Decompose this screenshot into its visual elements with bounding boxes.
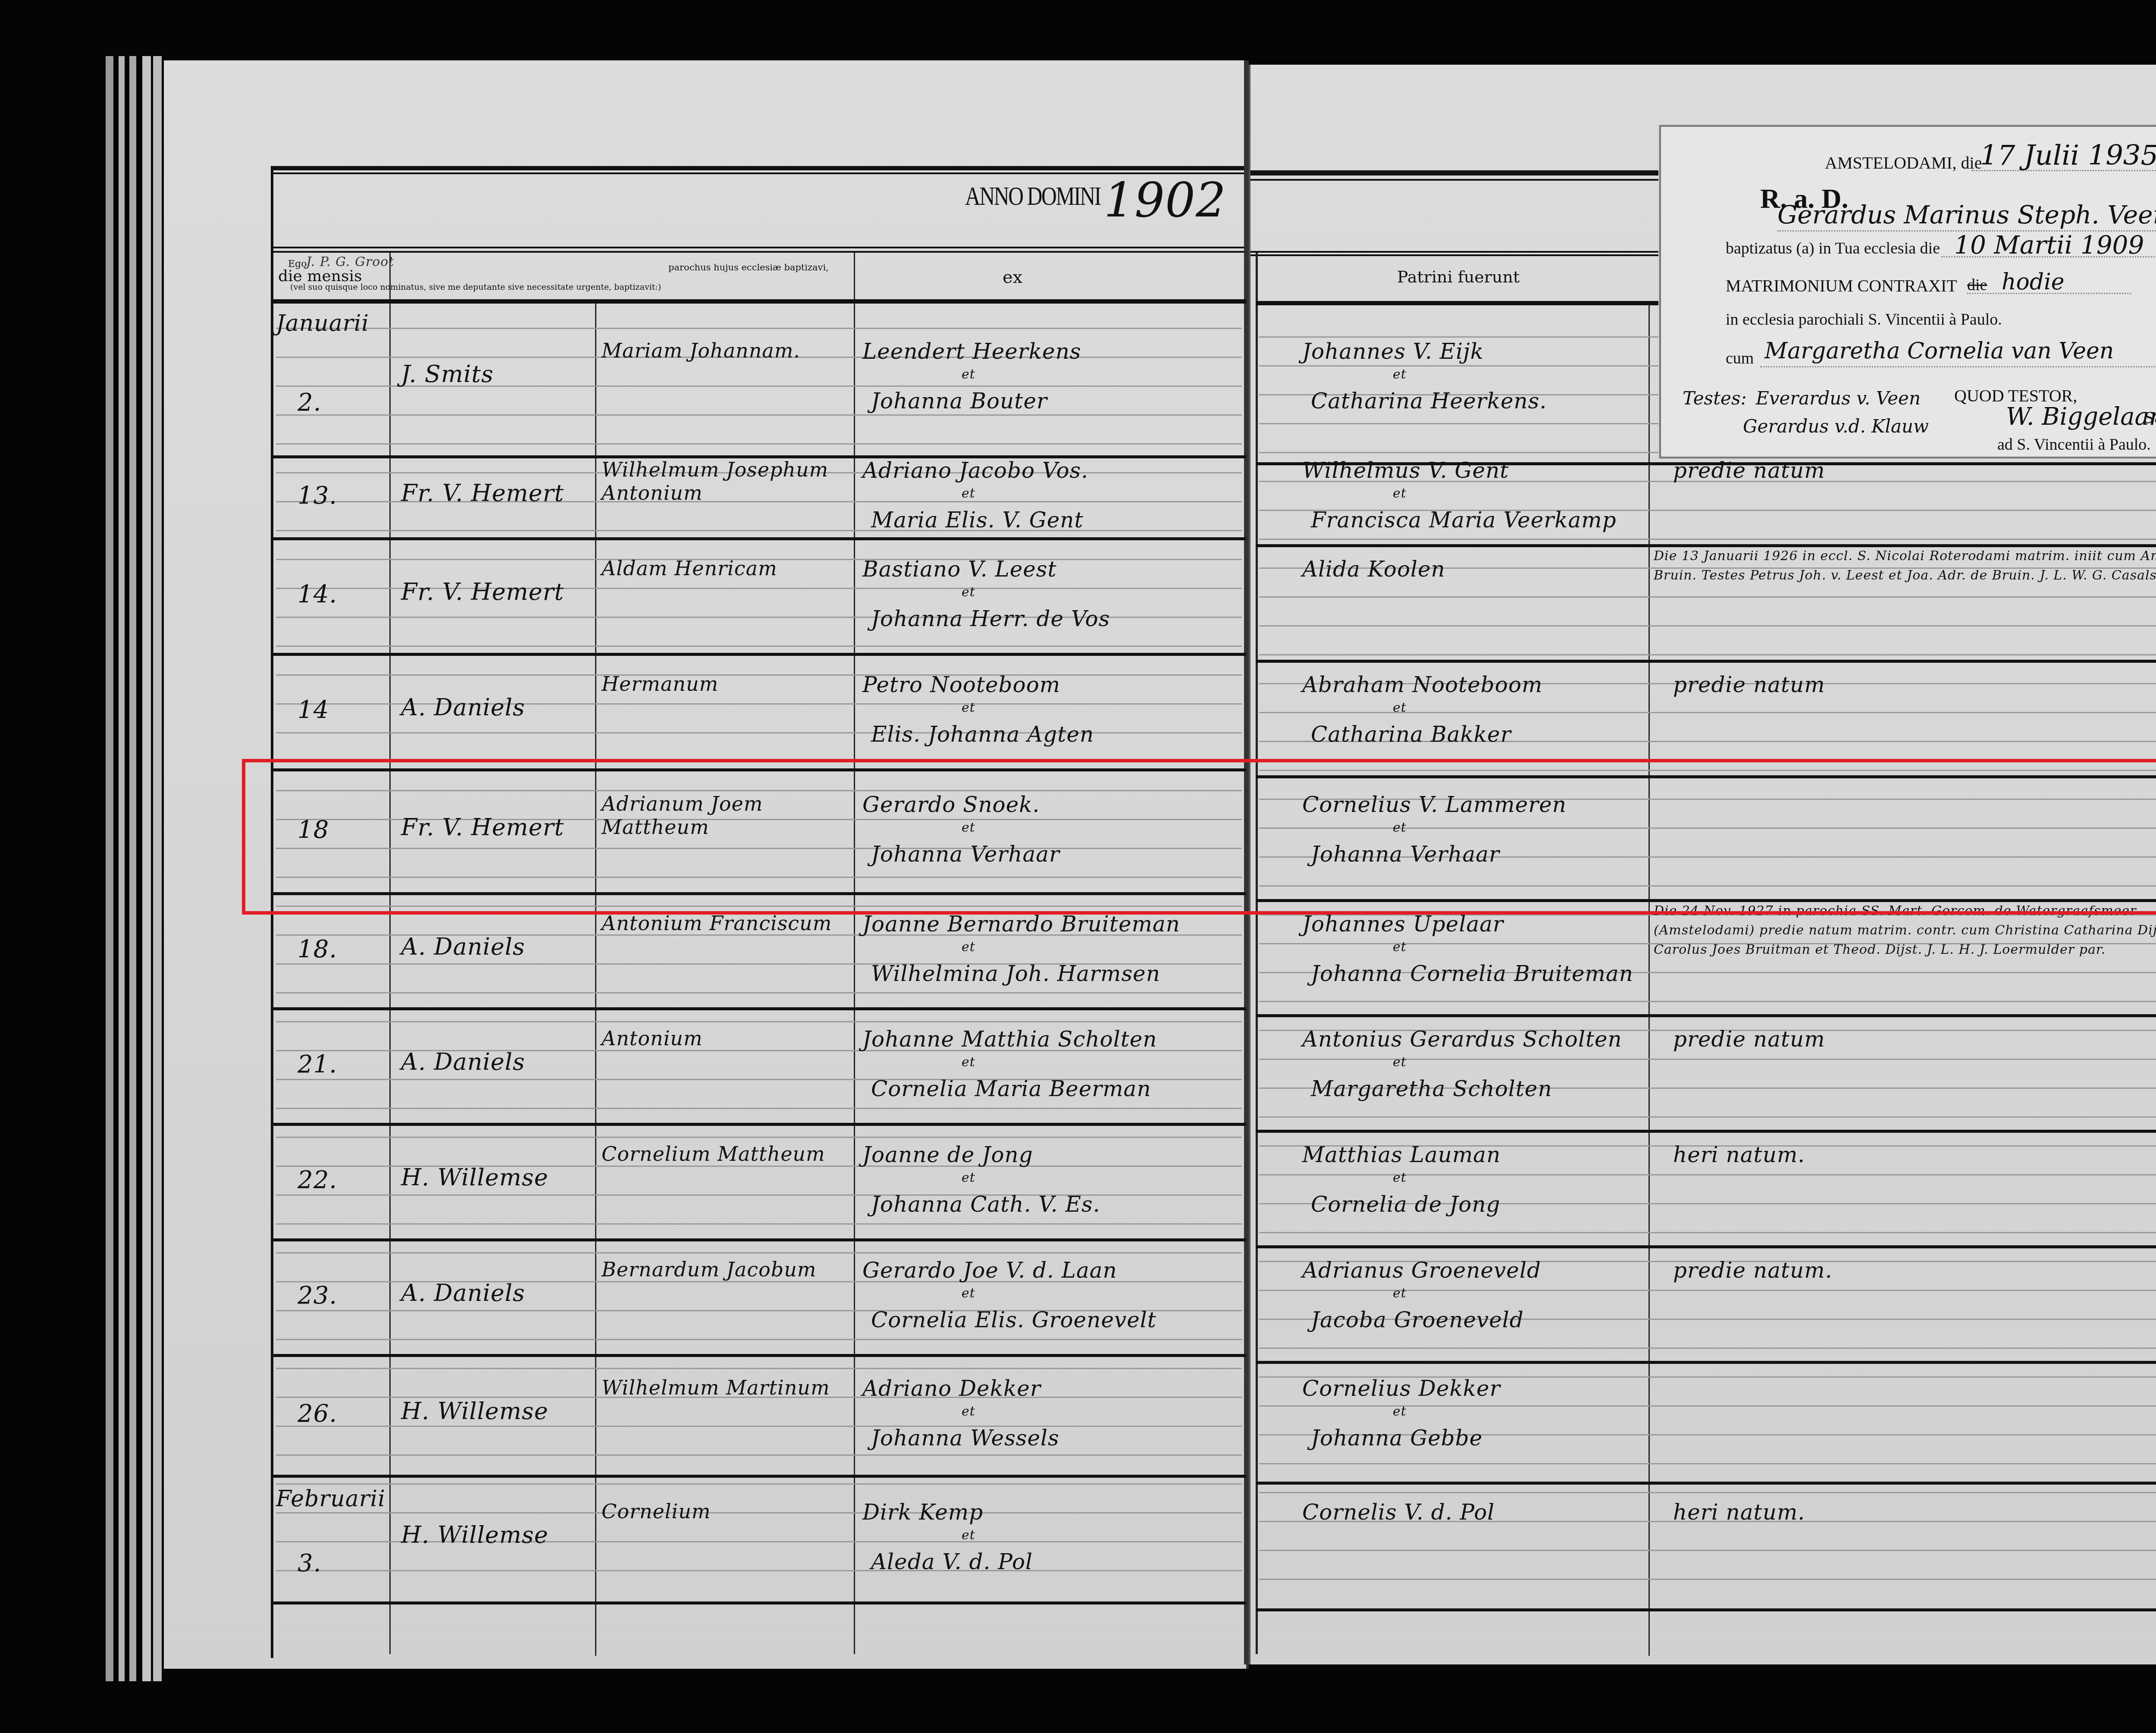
card-baptized-label: baptizatus (a) in Tua ecclesia die <box>1726 239 1940 258</box>
entry-baptizer: H. Willemse <box>401 1398 548 1425</box>
header-rule <box>1250 254 1660 256</box>
row-rule <box>272 1354 1246 1357</box>
column-header-baptizer-line1: parochus hujus ecclesiæ baptizavi, <box>668 262 829 273</box>
entry-child: Wilhelmum Josephum Antonium <box>602 458 852 505</box>
entry-note: predie natum <box>1673 458 1825 483</box>
ruled-line <box>276 1021 1242 1022</box>
card-married-struck: die <box>1967 276 1987 295</box>
column-header-baptizer-name: J. P. G. Groot <box>306 254 394 270</box>
entry-father: Bastiano V. Leest <box>862 557 1057 582</box>
ruled-line <box>276 1483 1242 1485</box>
row-rule <box>272 1601 1246 1605</box>
row-rule <box>1256 660 2156 663</box>
ruled-line <box>1259 1492 2156 1493</box>
entry-baptizer: A. Daniels <box>401 1279 525 1307</box>
ruled-line <box>1259 1116 2156 1118</box>
entry-child: Antonium <box>602 1027 852 1050</box>
card-sac: Sac. <box>2144 409 2156 427</box>
ruled-line <box>1259 625 2156 627</box>
entry-godfather: Antonius Gerardus Scholten <box>1302 1027 1622 1052</box>
card-spouse: Margaretha Cornelia van Veen <box>1764 338 2114 364</box>
column-header-parents: ex <box>1003 267 1022 287</box>
book-edge <box>106 56 113 1681</box>
entry-father: Gerardo Joe V. d. Laan <box>862 1258 1117 1283</box>
entry-baptizer: H. Willemse <box>401 1521 548 1548</box>
card-baptized-date: 10 Martii 1909 <box>1954 230 2144 260</box>
book-edge <box>129 56 136 1681</box>
entry-et: et <box>962 585 975 600</box>
entry-et: et <box>1393 1404 1407 1419</box>
entry-day: 18. <box>298 935 337 963</box>
entry-godmother: Johanna Gebbe <box>1311 1426 1482 1451</box>
entry-godmother: Catharina Bakker <box>1311 722 1511 747</box>
entry-mother: Cornelia Maria Beerman <box>871 1076 1151 1101</box>
entry-et: et <box>1393 1055 1407 1070</box>
entry-et: et <box>962 486 975 501</box>
row-rule <box>272 1007 1246 1010</box>
card-footer: ad S. Vincentii à Paulo. <box>1997 435 2151 454</box>
card-married-label: MATRIMONIUM CONTRAXIT <box>1726 276 1957 296</box>
entry-day: 2. <box>298 389 321 417</box>
entry-godmother: Catharina Heerkens. <box>1311 389 1547 414</box>
entry-day: 21. <box>298 1050 337 1078</box>
entry-baptizer: H. Willemse <box>401 1164 548 1191</box>
row-rule <box>272 653 1246 656</box>
row-rule <box>272 1238 1246 1241</box>
entry-child: Cornelium <box>602 1500 852 1523</box>
top-rule <box>272 166 1246 170</box>
entry-month: Februarii <box>276 1486 385 1512</box>
column-header-baptizer-prefix: Ego <box>288 259 307 270</box>
entry-godfather: Cornelius Dekker <box>1302 1376 1501 1401</box>
ruled-line <box>1259 596 2156 598</box>
highlighted-entry-box <box>242 759 2156 915</box>
entry-day: 23. <box>298 1282 337 1310</box>
ruled-line <box>276 1252 1242 1254</box>
row-rule <box>272 1475 1246 1478</box>
entry-godfather: Johannes Upelaar <box>1302 912 1504 937</box>
entry-et: et <box>1393 940 1407 955</box>
column-divider <box>1648 302 1650 1656</box>
entry-child: Bernardum Jacobum <box>602 1258 852 1281</box>
ruled-line <box>1259 1463 2156 1464</box>
entry-godfather: Johannes V. Eijk <box>1302 339 1484 364</box>
column-header-baptizer-line2: (vel suo quisque loco nominatus, sive me… <box>290 282 661 292</box>
ruled-line <box>276 1426 1242 1427</box>
ruled-line <box>276 328 1242 329</box>
entry-note: Die 13 Januarii 1926 in eccl. S. Nicolai… <box>1654 546 2156 585</box>
entry-father: Adriano Jacobo Vos. <box>862 458 1088 483</box>
ruled-line <box>276 732 1242 733</box>
entry-father: Leendert Heerkens <box>862 339 1081 364</box>
entry-father: Johanne Matthia Scholten <box>862 1027 1157 1052</box>
entry-et: et <box>962 367 975 382</box>
entry-godfather: Alida Koolen <box>1302 557 1445 582</box>
entry-et: et <box>962 1404 975 1419</box>
entry-et: et <box>962 1286 975 1301</box>
card-witness-2: Gerardus v.d. Klauw <box>1743 416 1929 437</box>
header-rule <box>1250 251 1660 253</box>
entry-day: 26. <box>298 1400 337 1428</box>
entry-mother: Cornelia Elis. Groenevelt <box>871 1307 1156 1332</box>
entry-child: Cornelium Mattheum <box>602 1142 852 1166</box>
entry-mother: Elis. Johanna Agten <box>871 722 1094 747</box>
entry-child: Antonium Franciscum <box>602 912 852 935</box>
ruled-line <box>1259 1550 2156 1551</box>
entry-et: et <box>962 1528 975 1543</box>
card-signature: W. Biggelaar <box>2006 403 2156 431</box>
entry-mother: Johanna Wessels <box>871 1426 1059 1451</box>
entry-godmother: Johanna Cornelia Bruiteman <box>1311 961 1633 986</box>
entry-father: Joanne Bernardo Bruiteman <box>862 912 1180 937</box>
entry-godfather: Adrianus Groeneveld <box>1302 1258 1541 1283</box>
ruled-line <box>1259 1001 2156 1002</box>
entry-et: et <box>962 940 975 955</box>
row-rule <box>1256 1482 2156 1485</box>
card-place: AMSTELODAMI, die <box>1825 153 1982 173</box>
entry-note: predie natum <box>1673 1027 1825 1052</box>
column-divider <box>389 253 391 1654</box>
entry-day: 13. <box>298 482 337 510</box>
ruled-line <box>276 1137 1242 1138</box>
row-rule <box>1256 1361 2156 1364</box>
entry-day: 14. <box>298 580 337 608</box>
ruled-line <box>1259 1579 2156 1580</box>
entry-et: et <box>962 700 975 715</box>
entry-child: Hermanum <box>602 672 852 696</box>
entry-mother: Johanna Cath. V. Es. <box>871 1192 1100 1217</box>
book-edge <box>142 56 151 1681</box>
card-witnesses-label: Testes: <box>1683 388 1747 409</box>
entry-father: Dirk Kemp <box>862 1500 983 1525</box>
entry-child: Aldam Henricam <box>602 557 852 580</box>
entry-mother: Wilhelmina Joh. Harmsen <box>871 961 1160 986</box>
entry-day: 3. <box>298 1549 321 1577</box>
ruled-line <box>1259 1232 2156 1233</box>
ruled-line <box>276 1108 1242 1109</box>
entry-month: Januarii <box>276 310 369 336</box>
column-header-godparents: Patrini fuerunt <box>1397 267 1520 286</box>
ruled-line <box>276 1454 1242 1456</box>
entry-father: Adriano Dekker <box>862 1376 1041 1401</box>
entry-note: predie natum <box>1673 672 1825 697</box>
entry-et: et <box>1393 700 1407 715</box>
entry-mother: Johanna Bouter <box>871 389 1047 414</box>
entry-note: heri natum. <box>1673 1500 1805 1525</box>
card-name: Gerardus Marinus Steph. Veen <box>1777 200 2156 229</box>
entry-et: et <box>962 1055 975 1070</box>
entry-mother: Maria Elis. V. Gent <box>871 508 1084 533</box>
card-church: in ecclesia parochiali S. Vincentii à Pa… <box>1726 310 2002 329</box>
entry-et: et <box>1393 1286 1407 1301</box>
ruled-line <box>276 443 1242 445</box>
year-label: ANNO DOMINI <box>965 181 1100 212</box>
entry-note: predie natum. <box>1673 1258 1833 1283</box>
ruled-line <box>276 530 1242 531</box>
entry-note: heri natum. <box>1673 1142 1805 1167</box>
card-dotted-line <box>1760 366 2156 367</box>
entry-et: et <box>1393 367 1407 382</box>
entry-godfather: Matthias Lauman <box>1302 1142 1501 1167</box>
column-divider <box>595 302 596 1656</box>
row-rule <box>272 299 1246 304</box>
ruled-line <box>276 992 1242 993</box>
row-rule <box>1256 1608 2156 1611</box>
ruled-line <box>1259 539 2156 540</box>
entry-godmother: Cornelia de Jong <box>1311 1192 1501 1217</box>
entry-godfather: Abraham Nooteboom <box>1302 672 1542 697</box>
entry-godmother: Jacoba Groeneveld <box>1311 1307 1524 1332</box>
ruled-line <box>276 1570 1242 1571</box>
column-divider <box>854 253 855 1654</box>
entry-baptizer: J. Smits <box>401 360 494 388</box>
card-married-when: hodie <box>2002 269 2065 295</box>
row-rule <box>1256 1014 2156 1017</box>
ruled-line <box>276 1223 1242 1225</box>
entry-godfather: Wilhelmus V. Gent <box>1302 458 1509 483</box>
row-rule <box>272 1123 1246 1126</box>
card-witness-1: Everardus v. Veen <box>1756 388 1921 409</box>
entry-baptizer: A. Daniels <box>401 933 525 960</box>
entry-et: et <box>1393 1170 1407 1185</box>
entry-baptizer: A. Daniels <box>401 694 525 721</box>
header-rule <box>272 247 1246 248</box>
row-rule <box>1256 1130 2156 1133</box>
entry-father: Petro Nooteboom <box>862 672 1060 697</box>
entry-father: Joanne de Jong <box>862 1142 1033 1167</box>
header-rule <box>272 251 1246 253</box>
entry-mother: Johanna Herr. de Vos <box>871 606 1110 631</box>
top-rule <box>272 172 1246 174</box>
entry-mother: Aleda V. d. Pol <box>871 1549 1033 1574</box>
entry-child: Wilhelmum Martinum <box>602 1376 852 1399</box>
entry-godmother: Margaretha Scholten <box>1311 1076 1552 1101</box>
ruled-line <box>276 646 1242 647</box>
entry-baptizer: Fr. V. Hemert <box>401 578 564 605</box>
ruled-line <box>276 414 1242 416</box>
card-cum-label: cum <box>1726 349 1754 368</box>
ruled-line <box>1259 654 2156 655</box>
entry-child: Mariam Johannam. <box>602 339 852 362</box>
card-date: 17 Julii 1935 <box>1980 140 2156 172</box>
year-value: 1902 <box>1104 172 1226 228</box>
entry-baptizer: Fr. V. Hemert <box>401 479 564 507</box>
entry-day: 14 <box>298 696 329 724</box>
entry-et: et <box>1393 486 1407 501</box>
row-rule <box>272 537 1246 540</box>
entry-godmother: Francisca Maria Veerkamp <box>1311 508 1617 533</box>
ruled-line <box>276 1339 1242 1340</box>
entry-et: et <box>962 1170 975 1185</box>
entry-baptizer: A. Daniels <box>401 1048 525 1075</box>
ruled-line <box>1259 1348 2156 1349</box>
entry-day: 22. <box>298 1166 337 1194</box>
book-edge <box>153 56 162 1681</box>
book-edge <box>119 56 125 1681</box>
marriage-notice-card: AMSTELODAMI, die 17 Julii 1935 R. a. D. … <box>1659 125 2156 458</box>
row-rule <box>1256 1245 2156 1248</box>
ruled-line <box>276 1368 1242 1369</box>
entry-godfather: Cornelis V. d. Pol <box>1302 1500 1495 1525</box>
